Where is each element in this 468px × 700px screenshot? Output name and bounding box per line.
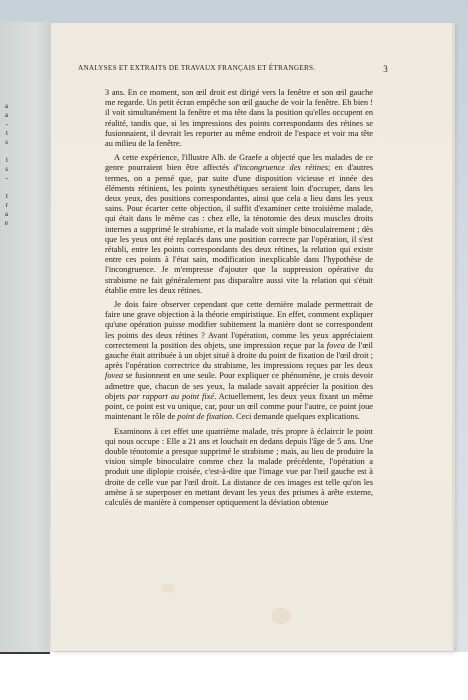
running-title: ANALYSES ET EXTRAITS DE TRAVAUX FRANÇAIS… — [78, 64, 315, 74]
paragraph: 3 ans. En ce moment, son œil droit est d… — [105, 88, 373, 149]
text-run: ; en d'autres termes, on a pensé que, pa… — [105, 163, 373, 294]
italic-phrase: point de fixation — [177, 412, 232, 421]
paper-stain — [161, 583, 175, 593]
italic-phrase: par rapport au point fixé — [128, 392, 214, 401]
left-page-margin-text: a a - t s t s - t r a e — [0, 102, 8, 228]
paragraph: A cette expérience, l'illustre Alb. de G… — [105, 153, 373, 296]
page-number: 3 — [383, 64, 388, 74]
body-text: 3 ans. En ce moment, son œil droit est d… — [105, 88, 373, 509]
text-run: Examinons à cet effet une quatrième mala… — [105, 427, 373, 507]
underlying-left-page: a a - t s t s - t r a e — [0, 22, 50, 654]
paper-stain — [271, 608, 291, 624]
text-run: . Ceci demande quelques explications. — [232, 412, 360, 421]
italic-phrase: fovea — [105, 371, 123, 380]
page-edge — [452, 25, 455, 647]
italic-phrase: fovea — [327, 341, 345, 350]
paragraph: Je dois faire observer cependant que cet… — [105, 300, 373, 422]
paragraph: Examinons à cet effet une quatrième mala… — [105, 427, 373, 509]
running-header: ANALYSES ET EXTRAITS DE TRAVAUX FRANÇAIS… — [78, 64, 378, 74]
italic-phrase: d'incongruence des rétines — [234, 163, 328, 172]
text-run: 3 ans. En ce moment, son œil droit est d… — [105, 88, 373, 148]
